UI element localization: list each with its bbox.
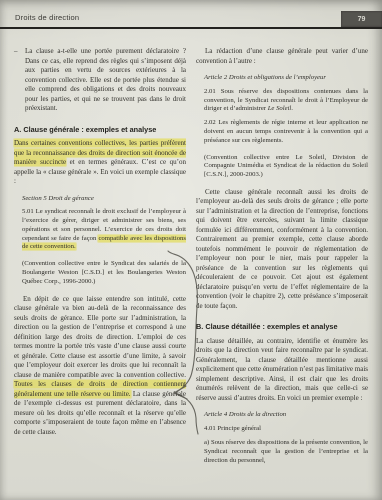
paragraph-analysis-general: En dépit de ce que laisse entendre son i…	[14, 295, 186, 438]
quote-clause-202: 2.02 Les règlements de régie interne et …	[204, 119, 368, 145]
page-number: 79	[358, 16, 366, 23]
quote-clause-401a: a) Sous réserve des dispositions de la p…	[204, 439, 368, 465]
paragraph-detailed-clause: La clause détaillée, au contraire, ident…	[196, 337, 368, 404]
column-right: La rédaction d’une clause générale peut …	[196, 47, 368, 465]
clause-201-journal-name: Le Soleil	[268, 105, 292, 112]
quote-section5-heading: Section 5 Droit de gérance	[22, 195, 186, 204]
bullet-item-declaratory-clause: – La clause a-t-elle une portée purement…	[14, 47, 186, 114]
section-heading-b: B. Clause détaillée : exemples et analys…	[196, 322, 368, 332]
column-left: – La clause a-t-elle une portée purement…	[14, 47, 186, 437]
scanned-book-page: Droits de direction 79 – La clause a-t-e…	[0, 0, 382, 500]
quote-article4-heading: Article 4 Droits de la direction	[204, 411, 368, 420]
running-header-title: Droits de direction	[15, 13, 79, 22]
quote-clause-201: 2.01 Sous réserve des dispositions conte…	[204, 88, 368, 114]
paragraph-analysis-soleil: Cette clause générale reconnaît aussi le…	[196, 188, 368, 312]
paragraph-redaction-intro: La rédaction d’une clause générale peut …	[196, 47, 368, 66]
page-number-badge: 79	[341, 11, 382, 27]
quote-article2-heading: Article 2 Droits et obligations de l’emp…	[204, 74, 368, 83]
citation-weston: (Convention collective entre le Syndicat…	[22, 260, 186, 286]
quote-clause-401: 4.01 Principe général	[204, 425, 368, 434]
paragraph-general-clause: Dans certaines conventions collectives, …	[14, 139, 186, 187]
header-rule	[0, 27, 382, 29]
bullet-text: La clause a-t-elle une portée purement d…	[20, 47, 186, 114]
quote-clause-501: 5.01 Le syndicat reconnaît le droit excl…	[22, 208, 186, 252]
citation-soleil: (Convention collective entre Le Soleil, …	[204, 154, 368, 180]
analysis-lead: En dépit de ce que laisse entendre son i…	[14, 295, 186, 379]
clause-201-end: .	[291, 105, 293, 112]
section-heading-a: A. Clause générale : exemples et analyse	[14, 125, 186, 135]
